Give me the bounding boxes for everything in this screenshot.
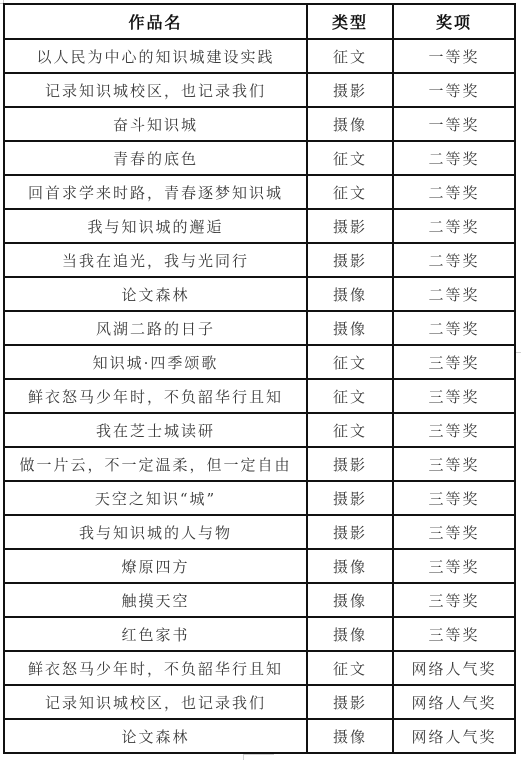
work-name-cell: 风湖二路的日子 (4, 311, 307, 345)
work-name-cell: 做一片云，不一定温柔，但一定自由 (4, 447, 307, 481)
work-name-cell: 天空之知识“城” (4, 481, 307, 515)
table-row: 论文森林摄像网络人气奖 (4, 719, 515, 753)
award-cell: 一等奖 (393, 73, 515, 107)
work-name-cell: 知识城·四季颂歌 (4, 345, 307, 379)
award-cell: 三等奖 (393, 379, 515, 413)
table-row: 以人民为中心的知识城建设实践征文一等奖 (4, 39, 515, 73)
table-row: 记录知识城校区，也记录我们摄影网络人气奖 (4, 685, 515, 719)
table-row: 风湖二路的日子摄像二等奖 (4, 311, 515, 345)
work-name-cell: 当我在追光，我与光同行 (4, 243, 307, 277)
type-cell: 摄像 (307, 107, 393, 141)
type-cell: 摄像 (307, 583, 393, 617)
award-cell: 网络人气奖 (393, 685, 515, 719)
work-name-cell: 鲜衣怒马少年时，不负韶华行且知 (4, 651, 307, 685)
award-cell: 一等奖 (393, 107, 515, 141)
work-name-cell: 我与知识城的人与物 (4, 515, 307, 549)
type-cell: 摄像 (307, 719, 393, 753)
table-row: 知识城·四季颂歌征文三等奖 (4, 345, 515, 379)
type-cell: 摄像 (307, 549, 393, 583)
type-cell: 摄影 (307, 515, 393, 549)
type-cell: 摄影 (307, 685, 393, 719)
awards-table: 作品名 类型 奖项 以人民为中心的知识城建设实践征文一等奖记录知识城校区，也记录… (3, 3, 516, 754)
type-cell: 征文 (307, 413, 393, 447)
type-cell: 摄影 (307, 243, 393, 277)
award-cell: 二等奖 (393, 175, 515, 209)
table-row: 触摸天空摄像三等奖 (4, 583, 515, 617)
table-row: 回首求学来时路，青春逐梦知识城征文二等奖 (4, 175, 515, 209)
work-name-cell: 触摸天空 (4, 583, 307, 617)
table-row: 记录知识城校区，也记录我们摄影一等奖 (4, 73, 515, 107)
type-cell: 摄像 (307, 617, 393, 651)
work-name-cell: 我与知识城的邂逅 (4, 209, 307, 243)
award-cell: 二等奖 (393, 209, 515, 243)
header-type: 类型 (307, 4, 393, 39)
work-name-cell: 论文森林 (4, 719, 307, 753)
award-cell: 三等奖 (393, 549, 515, 583)
award-cell: 三等奖 (393, 617, 515, 651)
award-cell: 网络人气奖 (393, 719, 515, 753)
table-row: 燎原四方摄像三等奖 (4, 549, 515, 583)
type-cell: 摄影 (307, 73, 393, 107)
work-name-cell: 红色家书 (4, 617, 307, 651)
award-cell: 三等奖 (393, 447, 515, 481)
type-cell: 摄影 (307, 209, 393, 243)
work-name-cell: 鲜衣怒马少年时，不负韶华行且知 (4, 379, 307, 413)
award-cell: 二等奖 (393, 141, 515, 175)
type-cell: 摄影 (307, 447, 393, 481)
award-cell: 二等奖 (393, 277, 515, 311)
type-cell: 摄像 (307, 277, 393, 311)
work-name-cell: 记录知识城校区，也记录我们 (4, 73, 307, 107)
table-row: 天空之知识“城”摄影三等奖 (4, 481, 515, 515)
award-cell: 二等奖 (393, 311, 515, 345)
type-cell: 征文 (307, 379, 393, 413)
award-cell: 三等奖 (393, 413, 515, 447)
table-row: 当我在追光，我与光同行摄影二等奖 (4, 243, 515, 277)
table-row: 我在芝士城读研征文三等奖 (4, 413, 515, 447)
work-name-cell: 以人民为中心的知识城建设实践 (4, 39, 307, 73)
page-bottom-mark (243, 754, 274, 760)
work-name-cell: 奋斗知识城 (4, 107, 307, 141)
header-work-name: 作品名 (4, 4, 307, 39)
award-cell: 三等奖 (393, 481, 515, 515)
table-row: 我与知识城的人与物摄影三等奖 (4, 515, 515, 549)
table-row: 鲜衣怒马少年时，不负韶华行且知征文网络人气奖 (4, 651, 515, 685)
work-name-cell: 记录知识城校区，也记录我们 (4, 685, 307, 719)
type-cell: 摄影 (307, 481, 393, 515)
type-cell: 征文 (307, 141, 393, 175)
header-award: 奖项 (393, 4, 515, 39)
award-cell: 三等奖 (393, 515, 515, 549)
work-name-cell: 青春的底色 (4, 141, 307, 175)
table-row: 我与知识城的邂逅摄影二等奖 (4, 209, 515, 243)
type-cell: 征文 (307, 651, 393, 685)
type-cell: 摄像 (307, 311, 393, 345)
award-cell: 二等奖 (393, 243, 515, 277)
table-row: 做一片云，不一定温柔，但一定自由摄影三等奖 (4, 447, 515, 481)
award-cell: 三等奖 (393, 583, 515, 617)
award-cell: 一等奖 (393, 39, 515, 73)
type-cell: 征文 (307, 345, 393, 379)
award-cell: 网络人气奖 (393, 651, 515, 685)
table-row: 青春的底色征文二等奖 (4, 141, 515, 175)
table-row: 红色家书摄像三等奖 (4, 617, 515, 651)
type-cell: 征文 (307, 175, 393, 209)
table-row: 鲜衣怒马少年时，不负韶华行且知征文三等奖 (4, 379, 515, 413)
type-cell: 征文 (307, 39, 393, 73)
award-cell: 三等奖 (393, 345, 515, 379)
work-name-cell: 燎原四方 (4, 549, 307, 583)
work-name-cell: 论文森林 (4, 277, 307, 311)
work-name-cell: 我在芝士城读研 (4, 413, 307, 447)
table-row: 论文森林摄像二等奖 (4, 277, 515, 311)
table-row: 奋斗知识城摄像一等奖 (4, 107, 515, 141)
table-header-row: 作品名 类型 奖项 (4, 4, 515, 39)
work-name-cell: 回首求学来时路，青春逐梦知识城 (4, 175, 307, 209)
